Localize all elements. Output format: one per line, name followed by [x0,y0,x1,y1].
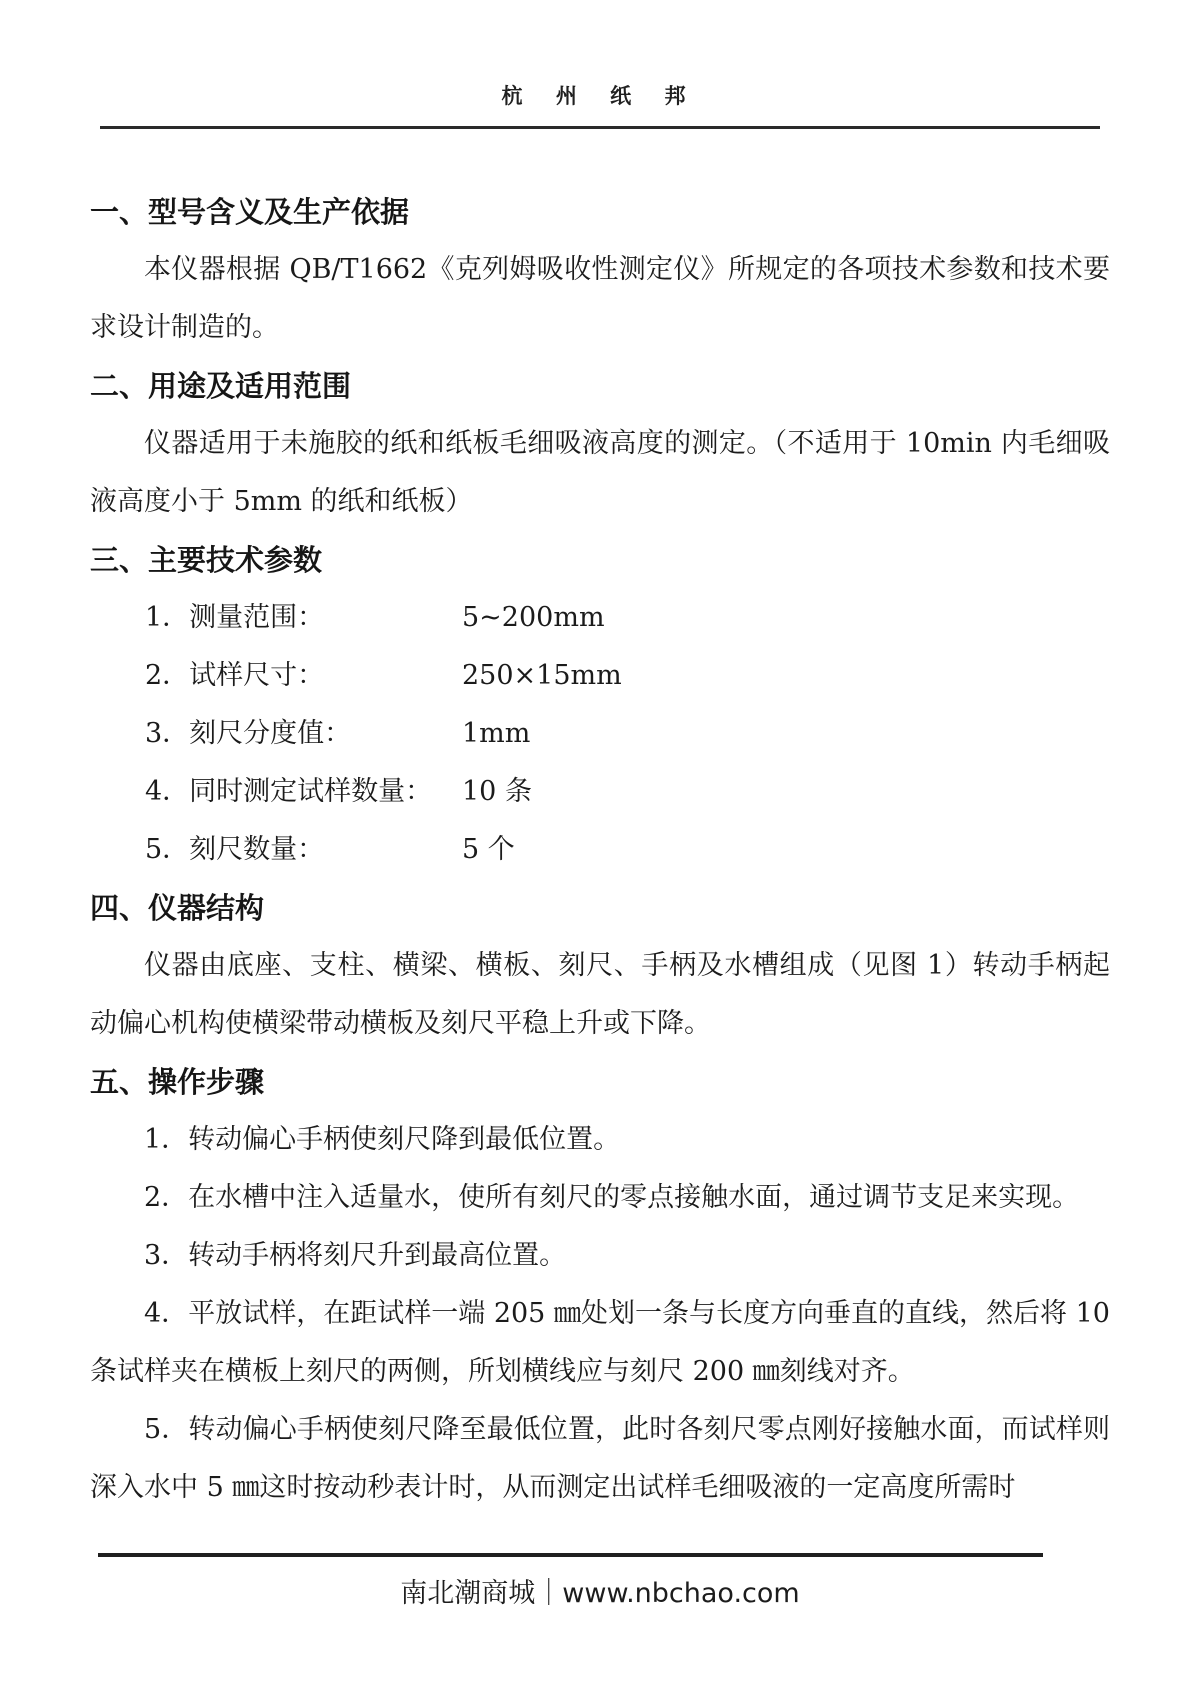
spec-value: 5 个 [462,821,515,879]
spec-list: 1．测量范围： 5~200mm 2．试样尺寸： 250×15mm 3．刻尺分度值… [90,589,1110,879]
section-heading-5: 五、操作步骤 [90,1053,1110,1111]
step-5: 5．转动偏心手柄使刻尺降至最低位置，此时各刻尺零点刚好接触水面，而试样则深入水中… [90,1401,1110,1517]
spec-row-sample-size: 2．试样尺寸： 250×15mm [145,647,1110,705]
spec-label: 5．刻尺数量： [145,821,462,879]
spec-row-sample-count: 4．同时测定试样数量： 10 条 [145,763,1110,821]
paragraph: 仪器由底座、支柱、横梁、横板、刻尺、手柄及水槽组成（见图 1）转动手柄起动偏心机… [90,937,1110,1053]
footer-site-text: 南北潮商城｜www.nbchao.com [0,1571,1200,1610]
step-1: 1．转动偏心手柄使刻尺降到最低位置。 [90,1111,1110,1169]
spec-value: 1mm [462,705,530,763]
spec-row-measure-range: 1．测量范围： 5~200mm [145,589,1110,647]
spec-value: 5~200mm [462,589,605,647]
page-footer: 南北潮商城｜www.nbchao.com [0,1553,1200,1610]
step-3: 3．转动手柄将刻尺升到最高位置。 [90,1227,1110,1285]
footer-divider [98,1553,1043,1557]
spec-value: 250×15mm [462,647,622,705]
page-header: 杭 州 纸 邦 [100,0,1100,129]
section-heading-2: 二、用途及适用范围 [90,357,1110,415]
step-2: 2．在水槽中注入适量水，使所有刻尺的零点接触水面，通过调节支足来实现。 [90,1169,1110,1227]
spec-value: 10 条 [462,763,532,821]
spec-row-ruler-count: 5．刻尺数量： 5 个 [145,821,1110,879]
document-body: 一、型号含义及生产依据 本仪器根据 QB/T1662《克列姆吸收性测定仪》所规定… [90,129,1110,1517]
step-4: 4．平放试样，在距试样一端 205 ㎜处划一条与长度方向垂直的直线，然后将 10… [90,1285,1110,1401]
spec-row-scale-division: 3．刻尺分度值： 1mm [145,705,1110,763]
brand-title: 杭 州 纸 邦 [502,80,699,126]
paragraph: 本仪器根据 QB/T1662《克列姆吸收性测定仪》所规定的各项技术参数和技术要求… [90,241,1110,357]
spec-label: 2．试样尺寸： [145,647,462,705]
spec-label: 3．刻尺分度值： [145,705,462,763]
section-heading-1: 一、型号含义及生产依据 [90,183,1110,241]
paragraph: 仪器适用于未施胶的纸和纸板毛细吸液高度的测定。（不适用于 10min 内毛细吸液… [90,415,1110,531]
spec-label: 4．同时测定试样数量： [145,763,462,821]
section-heading-4: 四、仪器结构 [90,879,1110,937]
section-heading-3: 三、主要技术参数 [90,531,1110,589]
spec-label: 1．测量范围： [145,589,462,647]
